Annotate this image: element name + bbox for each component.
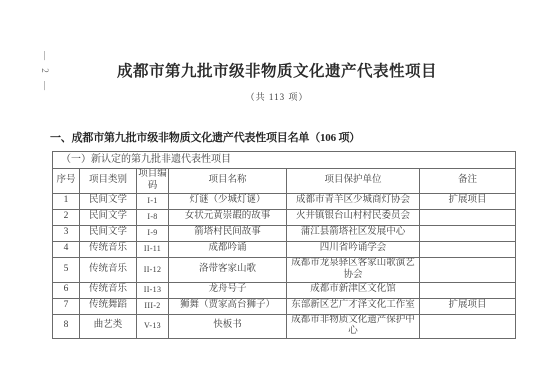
column-header-remark: 备注 <box>420 169 516 194</box>
cell-remark <box>420 241 516 257</box>
cell-remark <box>420 225 516 241</box>
cell-unit: 成都市龙泉驿区客家山歌演艺协会 <box>287 257 420 282</box>
document-content: 成都市第九批市级非物质文化遗产代表性项目 （共 113 项） 一、成都市第九批市… <box>0 0 554 339</box>
cell-code: II-13 <box>137 282 169 298</box>
page-number-vertical: — 2 — <box>40 51 50 93</box>
document-subtitle: （共 113 项） <box>0 90 554 103</box>
cell-unit: 成都市青羊区少城商灯协会 <box>287 193 420 209</box>
table-row: 4 传统音乐 II-11 成都吟诵 四川省吟诵学会 <box>53 241 516 257</box>
cell-name: 狮舞（贾家高台狮子） <box>169 298 287 314</box>
column-header-name: 项目名称 <box>169 169 287 194</box>
cell-name: 洛带客家山歌 <box>169 257 287 282</box>
table-row: 8 曲艺类 V-13 快板书 成都市非物质文化遗产保护中心 <box>53 314 516 339</box>
section-heading: 一、成都市第九批市级非物质文化遗产代表性项目名单（106 项） <box>50 129 554 145</box>
cell-category: 民间文学 <box>80 209 137 225</box>
projects-table: （一）新认定的第九批非遗代表性项目 序号 项目类别 项目编码 项目名称 项目保护… <box>52 151 516 339</box>
cell-name: 快板书 <box>169 314 287 339</box>
cell-category: 民间文学 <box>80 193 137 209</box>
cell-name: 成都吟诵 <box>169 241 287 257</box>
cell-code: III-2 <box>137 298 169 314</box>
cell-code: I-1 <box>137 193 169 209</box>
cell-category: 传统音乐 <box>80 282 137 298</box>
cell-remark <box>420 209 516 225</box>
cell-no: 8 <box>53 314 80 339</box>
table-row: 3 民间文学 I-9 箭塔村民间故事 蒲江县箭塔社区发展中心 <box>53 225 516 241</box>
cell-no: 5 <box>53 257 80 282</box>
cell-no: 1 <box>53 193 80 209</box>
cell-code: I-9 <box>137 225 169 241</box>
cell-remark <box>420 257 516 282</box>
cell-no: 3 <box>53 225 80 241</box>
cell-category: 曲艺类 <box>80 314 137 339</box>
cell-name: 女状元黄崇嘏的故事 <box>169 209 287 225</box>
cell-unit: 火井镇银台山村村民委员会 <box>287 209 420 225</box>
cell-no: 6 <box>53 282 80 298</box>
cell-no: 4 <box>53 241 80 257</box>
table-row: 5 传统音乐 II-12 洛带客家山歌 成都市龙泉驿区客家山歌演艺协会 <box>53 257 516 282</box>
cell-unit: 东部新区艺广才泽文化工作室 <box>287 298 420 314</box>
cell-remark <box>420 282 516 298</box>
cell-code: I-8 <box>137 209 169 225</box>
document-title: 成都市第九批市级非物质文化遗产代表性项目 <box>0 62 554 82</box>
cell-no: 7 <box>53 298 80 314</box>
cell-name: 龙舟号子 <box>169 282 287 298</box>
table-row: 6 传统音乐 II-13 龙舟号子 成都市新津区文化馆 <box>53 282 516 298</box>
cell-category: 传统音乐 <box>80 257 137 282</box>
cell-category: 传统舞蹈 <box>80 298 137 314</box>
column-header-unit: 项目保护单位 <box>287 169 420 194</box>
table-header-row: 序号 项目类别 项目编码 项目名称 项目保护单位 备注 <box>53 169 516 194</box>
cell-unit: 成都市新津区文化馆 <box>287 282 420 298</box>
cell-remark: 扩展项目 <box>420 298 516 314</box>
table-row: 2 民间文学 I-8 女状元黄崇嘏的故事 火井镇银台山村村民委员会 <box>53 209 516 225</box>
cell-category: 传统音乐 <box>80 241 137 257</box>
document-page: — 2 — 成都市第九批市级非物质文化遗产代表性项目 （共 113 项） 一、成… <box>0 0 554 339</box>
cell-code: II-12 <box>137 257 169 282</box>
table-group-header: （一）新认定的第九批非遗代表性项目 <box>53 152 516 169</box>
cell-name: 灯谜（少城灯谜） <box>169 193 287 209</box>
column-header-no: 序号 <box>53 169 80 194</box>
cell-unit: 蒲江县箭塔社区发展中心 <box>287 225 420 241</box>
cell-remark: 扩展项目 <box>420 193 516 209</box>
table-row: 1 民间文学 I-1 灯谜（少城灯谜） 成都市青羊区少城商灯协会 扩展项目 <box>53 193 516 209</box>
table-row: 7 传统舞蹈 III-2 狮舞（贾家高台狮子） 东部新区艺广才泽文化工作室 扩展… <box>53 298 516 314</box>
cell-code: II-11 <box>137 241 169 257</box>
cell-unit: 成都市非物质文化遗产保护中心 <box>287 314 420 339</box>
cell-code: V-13 <box>137 314 169 339</box>
cell-category: 民间文学 <box>80 225 137 241</box>
column-header-code: 项目编码 <box>137 169 169 194</box>
table-group-header-row: （一）新认定的第九批非遗代表性项目 <box>53 152 516 169</box>
cell-no: 2 <box>53 209 80 225</box>
column-header-category: 项目类别 <box>80 169 137 194</box>
cell-name: 箭塔村民间故事 <box>169 225 287 241</box>
cell-remark <box>420 314 516 339</box>
cell-unit: 四川省吟诵学会 <box>287 241 420 257</box>
